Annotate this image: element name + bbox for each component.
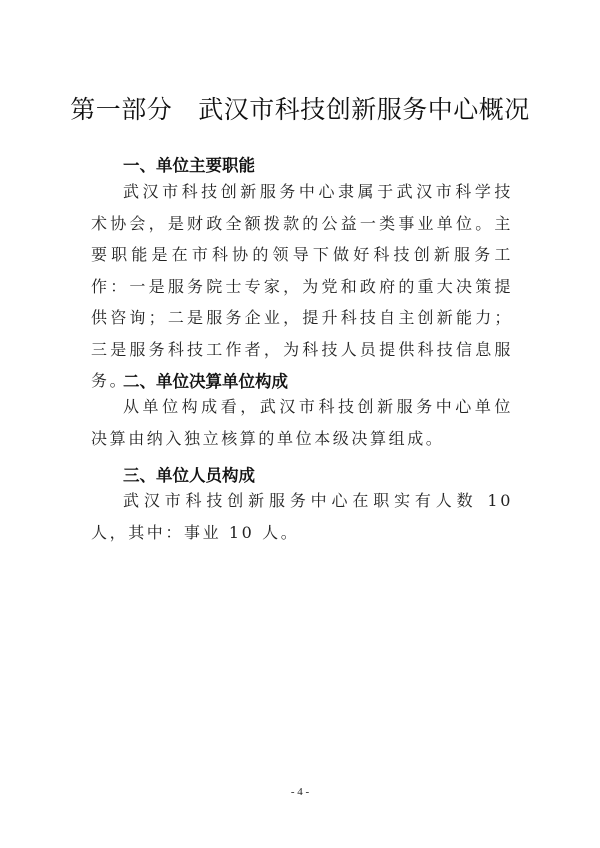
title-part: 第一部分 [70,95,172,124]
section-heading-staff: 三、单位人员构成 [123,462,255,486]
page-title: 第一部分武汉市科技创新服务中心概况 [0,90,600,126]
document-page: 第一部分武汉市科技创新服务中心概况 一、单位主要职能 武汉市科技创新服务中心隶属… [0,0,600,848]
section-body-staff: 武汉市科技创新服务中心在职实有人数 10 人，其中：事业 10 人。 [91,485,513,548]
title-text: 武汉市科技创新服务中心概况 [198,95,530,124]
page-number: - 4 - [0,786,600,798]
section-heading-functions: 一、单位主要职能 [123,152,255,176]
section-body-functions: 武汉市科技创新服务中心隶属于武汉市科学技术协会，是财政全额拨款的公益一类事业单位… [91,176,513,397]
section-body-composition: 从单位构成看，武汉市科技创新服务中心单位决算由纳入独立核算的单位本级决算组成。 [91,391,513,454]
section-heading-composition: 二、单位决算单位构成 [123,368,288,392]
